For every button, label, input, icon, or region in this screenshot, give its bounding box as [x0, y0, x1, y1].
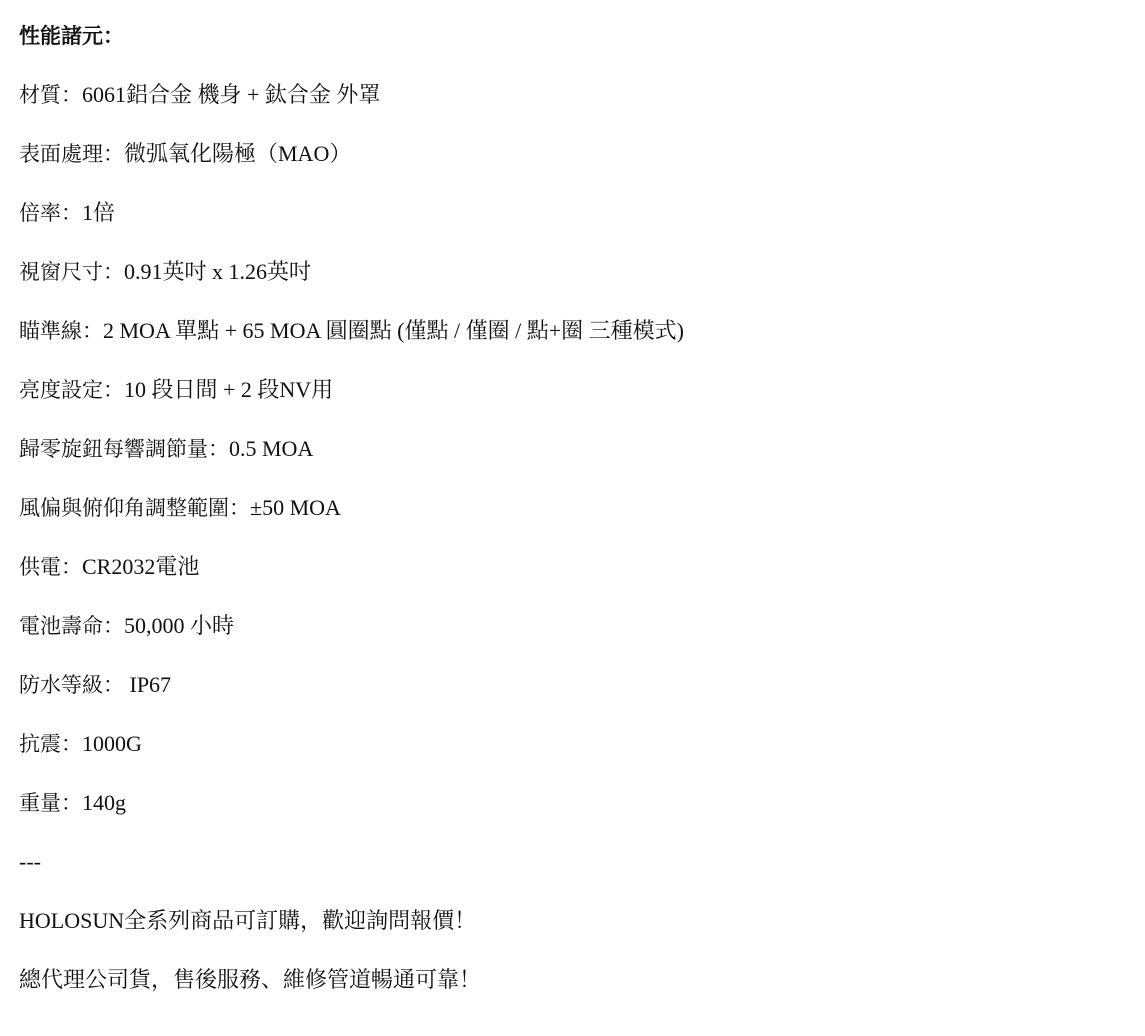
spec-label: 歸零旋鈕每響調節量： [19, 437, 229, 461]
spec-value: 1倍 [82, 200, 115, 225]
spec-row-magnification: 倍率：1倍 [19, 197, 1145, 256]
spec-row-material: 材質：6061鋁合金 機身 + 鈦合金 外罩 [19, 79, 1145, 138]
spec-label: 材質： [19, 83, 82, 107]
footer-service-note: 總代理公司貨，售後服務、維修管道暢通可靠！ [19, 964, 1145, 1023]
spec-label: 亮度設定： [19, 378, 124, 402]
spec-row-weight: 重量：140g [19, 787, 1145, 846]
spec-value: 0.5 MOA [229, 436, 313, 461]
spec-label: 風偏與俯仰角調整範圍： [19, 496, 250, 520]
spec-value: 0.91英吋 x 1.26英吋 [124, 259, 311, 284]
spec-value: IP67 [124, 672, 171, 697]
spec-value: 6061鋁合金 機身 + 鈦合金 外罩 [82, 82, 380, 107]
spec-label: 供電： [19, 555, 82, 579]
spec-row-reticle: 瞄準線：2 MOA 單點 + 65 MOA 圓圈點 (僅點 / 僅圈 / 點+圈… [19, 315, 1145, 374]
spec-label: 瞄準線： [19, 319, 103, 343]
spec-value: 10 段日間 + 2 段NV用 [124, 377, 333, 402]
spec-label: 電池壽命： [19, 614, 124, 638]
spec-value: 微弧氧化陽極（MAO） [124, 141, 351, 166]
spec-label: 重量： [19, 791, 82, 815]
footer-ordering-note: HOLOSUN全系列商品可訂購，歡迎詢問報價！ [19, 905, 1145, 964]
spec-value: 50,000 小時 [124, 613, 234, 638]
spec-row-adjustment-range: 風偏與俯仰角調整範圍：±50 MOA [19, 492, 1145, 551]
spec-row-brightness: 亮度設定：10 段日間 + 2 段NV用 [19, 374, 1145, 433]
spec-document: 性能諸元： 材質：6061鋁合金 機身 + 鈦合金 外罩 表面處理：微弧氧化陽極… [0, 0, 1145, 1023]
spec-value: 1000G [82, 731, 142, 756]
spec-row-battery-life: 電池壽命：50,000 小時 [19, 610, 1145, 669]
spec-label: 倍率： [19, 201, 82, 225]
spec-heading: 性能諸元： [19, 20, 1145, 79]
spec-value: CR2032電池 [82, 554, 199, 579]
spec-label: 表面處理： [19, 142, 124, 166]
spec-value: ±50 MOA [250, 495, 341, 520]
spec-label: 視窗尺寸： [19, 260, 124, 284]
spec-row-shock-resistance: 抗震：1000G [19, 728, 1145, 787]
spec-row-power: 供電：CR2032電池 [19, 551, 1145, 610]
divider: --- [19, 846, 1145, 905]
spec-label: 抗震： [19, 732, 82, 756]
spec-row-waterproof: 防水等級： IP67 [19, 669, 1145, 728]
spec-label: 防水等級： [19, 673, 124, 697]
spec-row-click-value: 歸零旋鈕每響調節量：0.5 MOA [19, 433, 1145, 492]
spec-value: 140g [82, 790, 126, 815]
spec-row-window-size: 視窗尺寸：0.91英吋 x 1.26英吋 [19, 256, 1145, 315]
spec-value: 2 MOA 單點 + 65 MOA 圓圈點 (僅點 / 僅圈 / 點+圈 三種模… [103, 318, 684, 343]
spec-row-surface-treatment: 表面處理：微弧氧化陽極（MAO） [19, 138, 1145, 197]
